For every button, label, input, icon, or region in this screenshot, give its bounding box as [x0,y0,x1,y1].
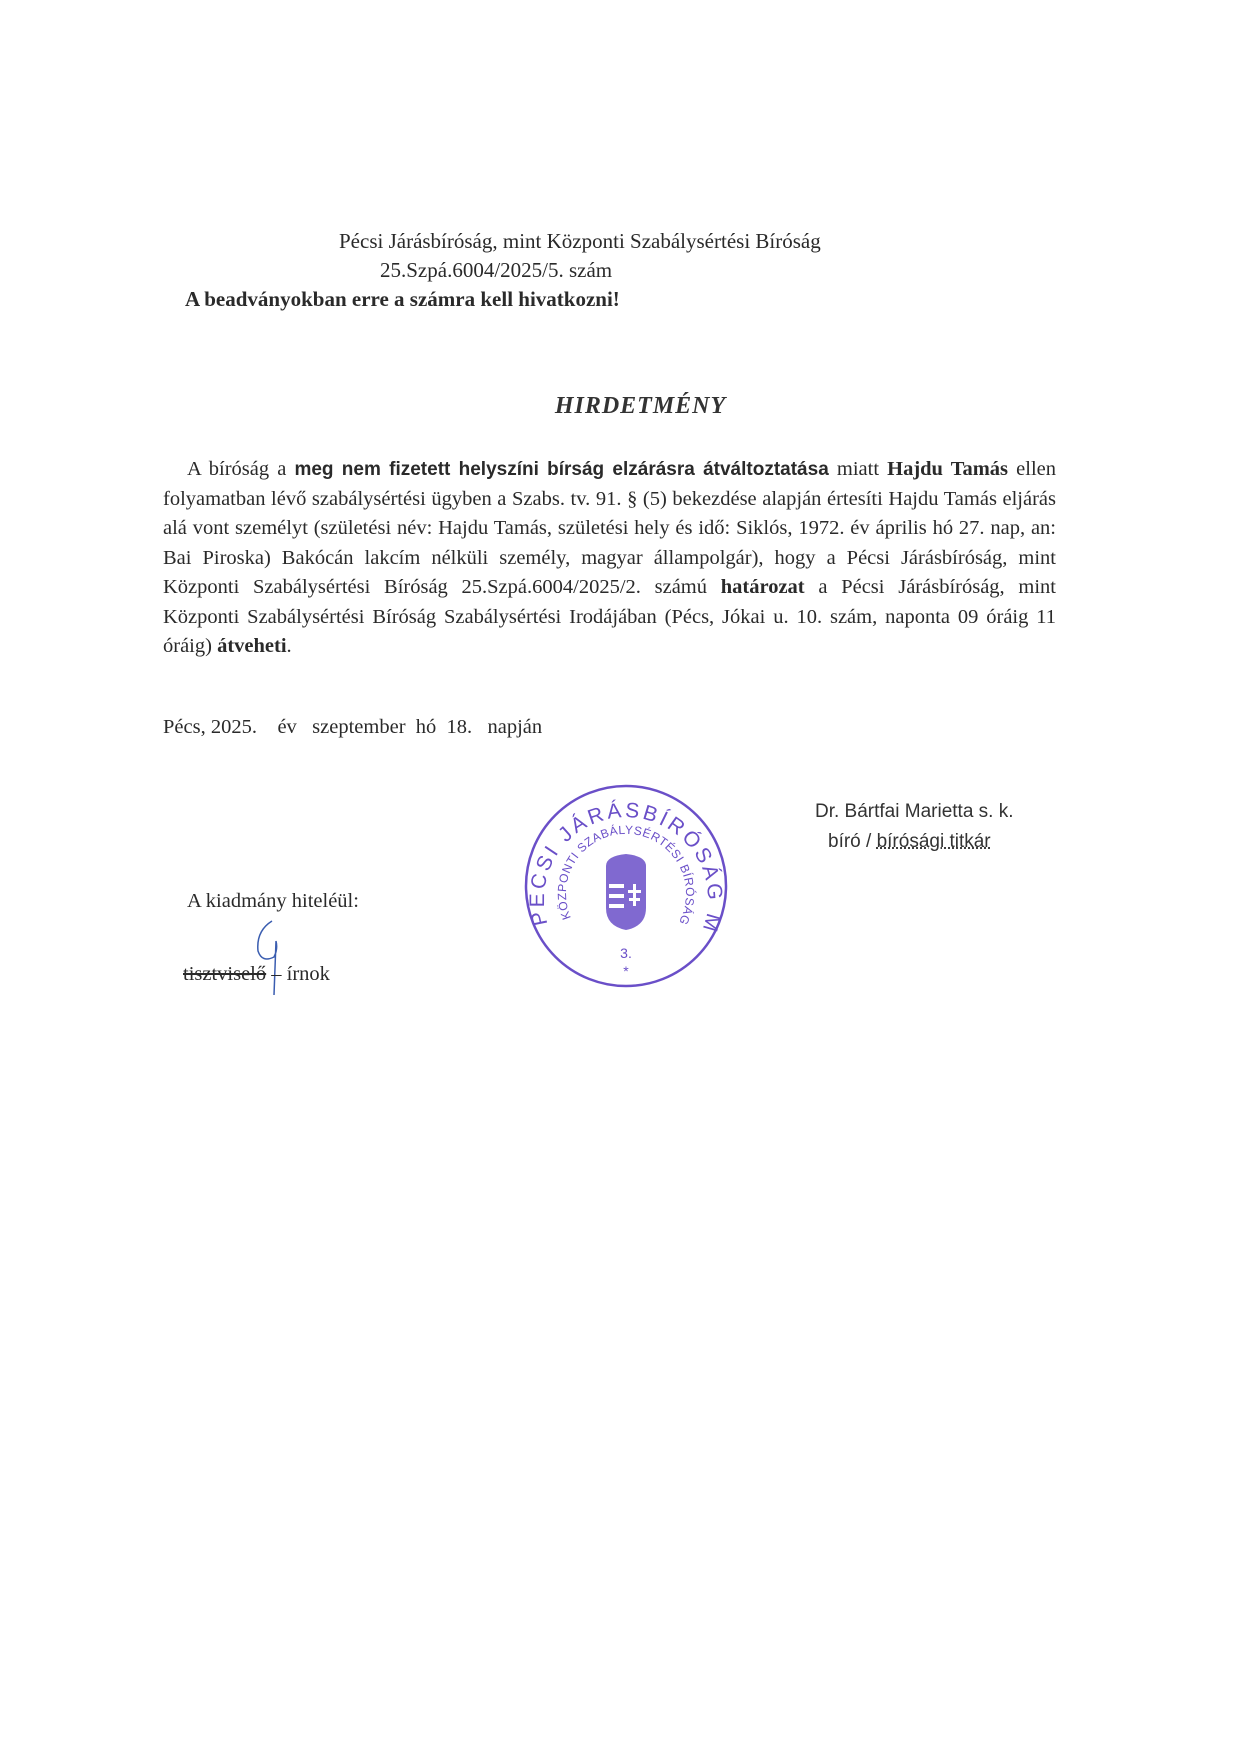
body-segment: átveheti [217,635,286,657]
case-number: 25.Szpá.6004/2025/5. szám [380,258,612,283]
court-stamp: PÉCSI JÁRÁSBÍRÓSÁG MINT KÖZPONTI SZABÁLY… [520,780,732,992]
court-name: Pécsi Járásbíróság, mint Központi Szabál… [339,229,821,254]
clerk-title: tisztviselő – írnok [183,963,330,986]
signatory-name: Dr. Bártfai Marietta s. k. [815,801,1014,823]
reference-note: A beadványokban erre a számra kell hivat… [185,287,620,312]
body-segment: miatt [829,458,887,480]
attestation-label: A kiadmány hiteléül: [187,890,359,913]
signatory-role-prefix: bíró / [828,831,877,852]
svg-text:3.: 3. [620,945,632,961]
svg-text:*: * [623,963,629,979]
body-segment: Hajdu Tamás [887,458,1008,480]
date-line: Pécs, 2025. év szeptember hó 18. napján [163,716,542,739]
signatory-role-underlined: bírósági titkár [877,831,991,852]
body-segment: . [287,635,292,657]
body-segment: A bíróság a [187,458,294,480]
body-segment: meg nem fizetett helyszíni bírság elzárá… [294,459,828,480]
struck-title: tisztviselő [183,963,266,985]
stamp-seal-icon: PÉCSI JÁRÁSBÍRÓSÁG MINT KÖZPONTI SZABÁLY… [520,780,732,992]
notice-body: A bíróság a meg nem fizetett helyszíni b… [163,455,1056,662]
signatory-role: bíró / bírósági titkár [828,831,991,853]
body-segment: határozat [721,576,805,598]
document-title: HIRDETMÉNY [0,393,1241,420]
title-suffix: – írnok [266,963,330,985]
